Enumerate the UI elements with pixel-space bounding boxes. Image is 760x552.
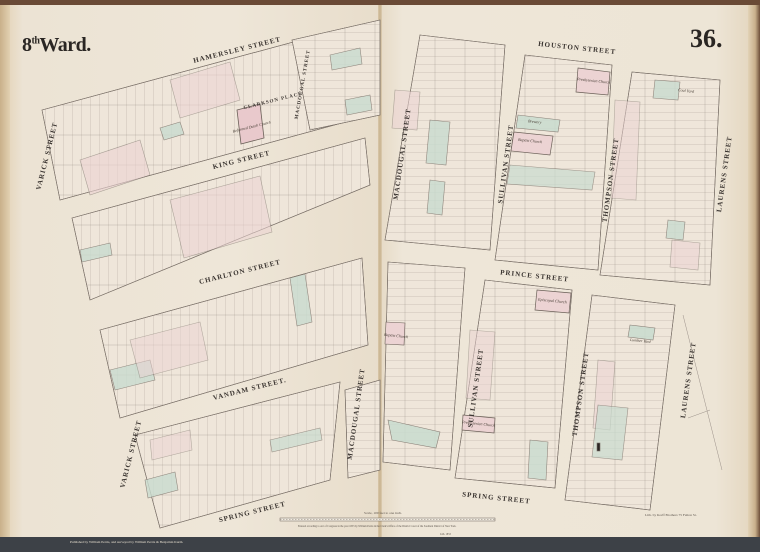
block-macdougal-sullivan-lower — [383, 262, 465, 470]
scale-label: Scale, 100 feet to one inch. — [364, 511, 402, 515]
block-sullivan-thompson-upper — [495, 55, 612, 270]
block-thompson-laurens-upper — [600, 72, 720, 285]
atlas-page: 8thWard. 36. HAMERSLEY STREET KING STREE… — [0, 0, 760, 552]
small-date-note: Lith. 1853 — [440, 533, 451, 536]
copyright-note: Entered according to Act of Congress in … — [298, 525, 456, 528]
scale-bar — [280, 518, 495, 521]
lithographer-credit: Lith. by Korff Brothers 75 Fulton St. — [645, 513, 697, 517]
ward-title: 8thWard. — [22, 34, 91, 57]
publisher-credit: Published by William Perris, and surveye… — [70, 540, 183, 544]
map-drawing — [0, 0, 760, 552]
plate-number: 36. — [690, 24, 723, 54]
